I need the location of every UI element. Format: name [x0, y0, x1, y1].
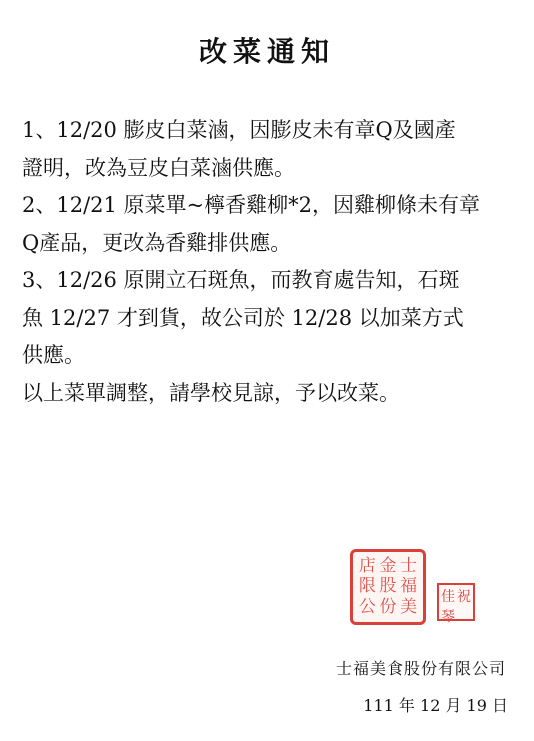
company-seal-stamp: 店 金 士 限 股 福 公 份 美: [350, 549, 426, 625]
notice-body: 1、12/20 膨皮白菜滷，因膨皮未有章Q及國產 證明，改為豆皮白菜滷供應。 2…: [22, 112, 522, 412]
seal-char: 份: [378, 597, 399, 618]
personal-seal-stamp: 佳 祝 琴: [437, 583, 475, 621]
seal-char: 美: [398, 597, 419, 618]
seal-char: 金: [378, 556, 399, 577]
seal-char: 士: [398, 556, 419, 577]
notice-item-2: 2、12/21 原菜單~檸香雞柳*2，因雞柳條未有章 Q產品，更改為香雞排供應。: [22, 187, 522, 262]
seal-char: [456, 606, 472, 626]
company-name: 士福美食股份有限公司: [300, 656, 506, 679]
seal-char: 祝: [456, 586, 472, 606]
notice-item-3: 3、12/26 原開立石斑魚，而教育處告知，石斑 魚 12/27 才到貨，故公司…: [22, 262, 522, 375]
seal-char: 福: [398, 577, 419, 598]
seal-char: 佳: [440, 586, 456, 606]
notice-title: 改菜通知: [0, 30, 534, 70]
notice-date: 111 年 12 月 19 日: [300, 693, 508, 716]
seal-char: 限: [357, 577, 378, 598]
notice-item-1: 1、12/20 膨皮白菜滷，因膨皮未有章Q及國產 證明，改為豆皮白菜滷供應。: [22, 112, 522, 187]
notice-closing: 以上菜單調整，請學校見諒，予以改菜。: [22, 375, 522, 413]
seal-char: 公: [357, 597, 378, 618]
seal-char: 店: [357, 556, 378, 577]
seal-char: 股: [378, 577, 399, 598]
seal-char: 琴: [440, 606, 456, 626]
